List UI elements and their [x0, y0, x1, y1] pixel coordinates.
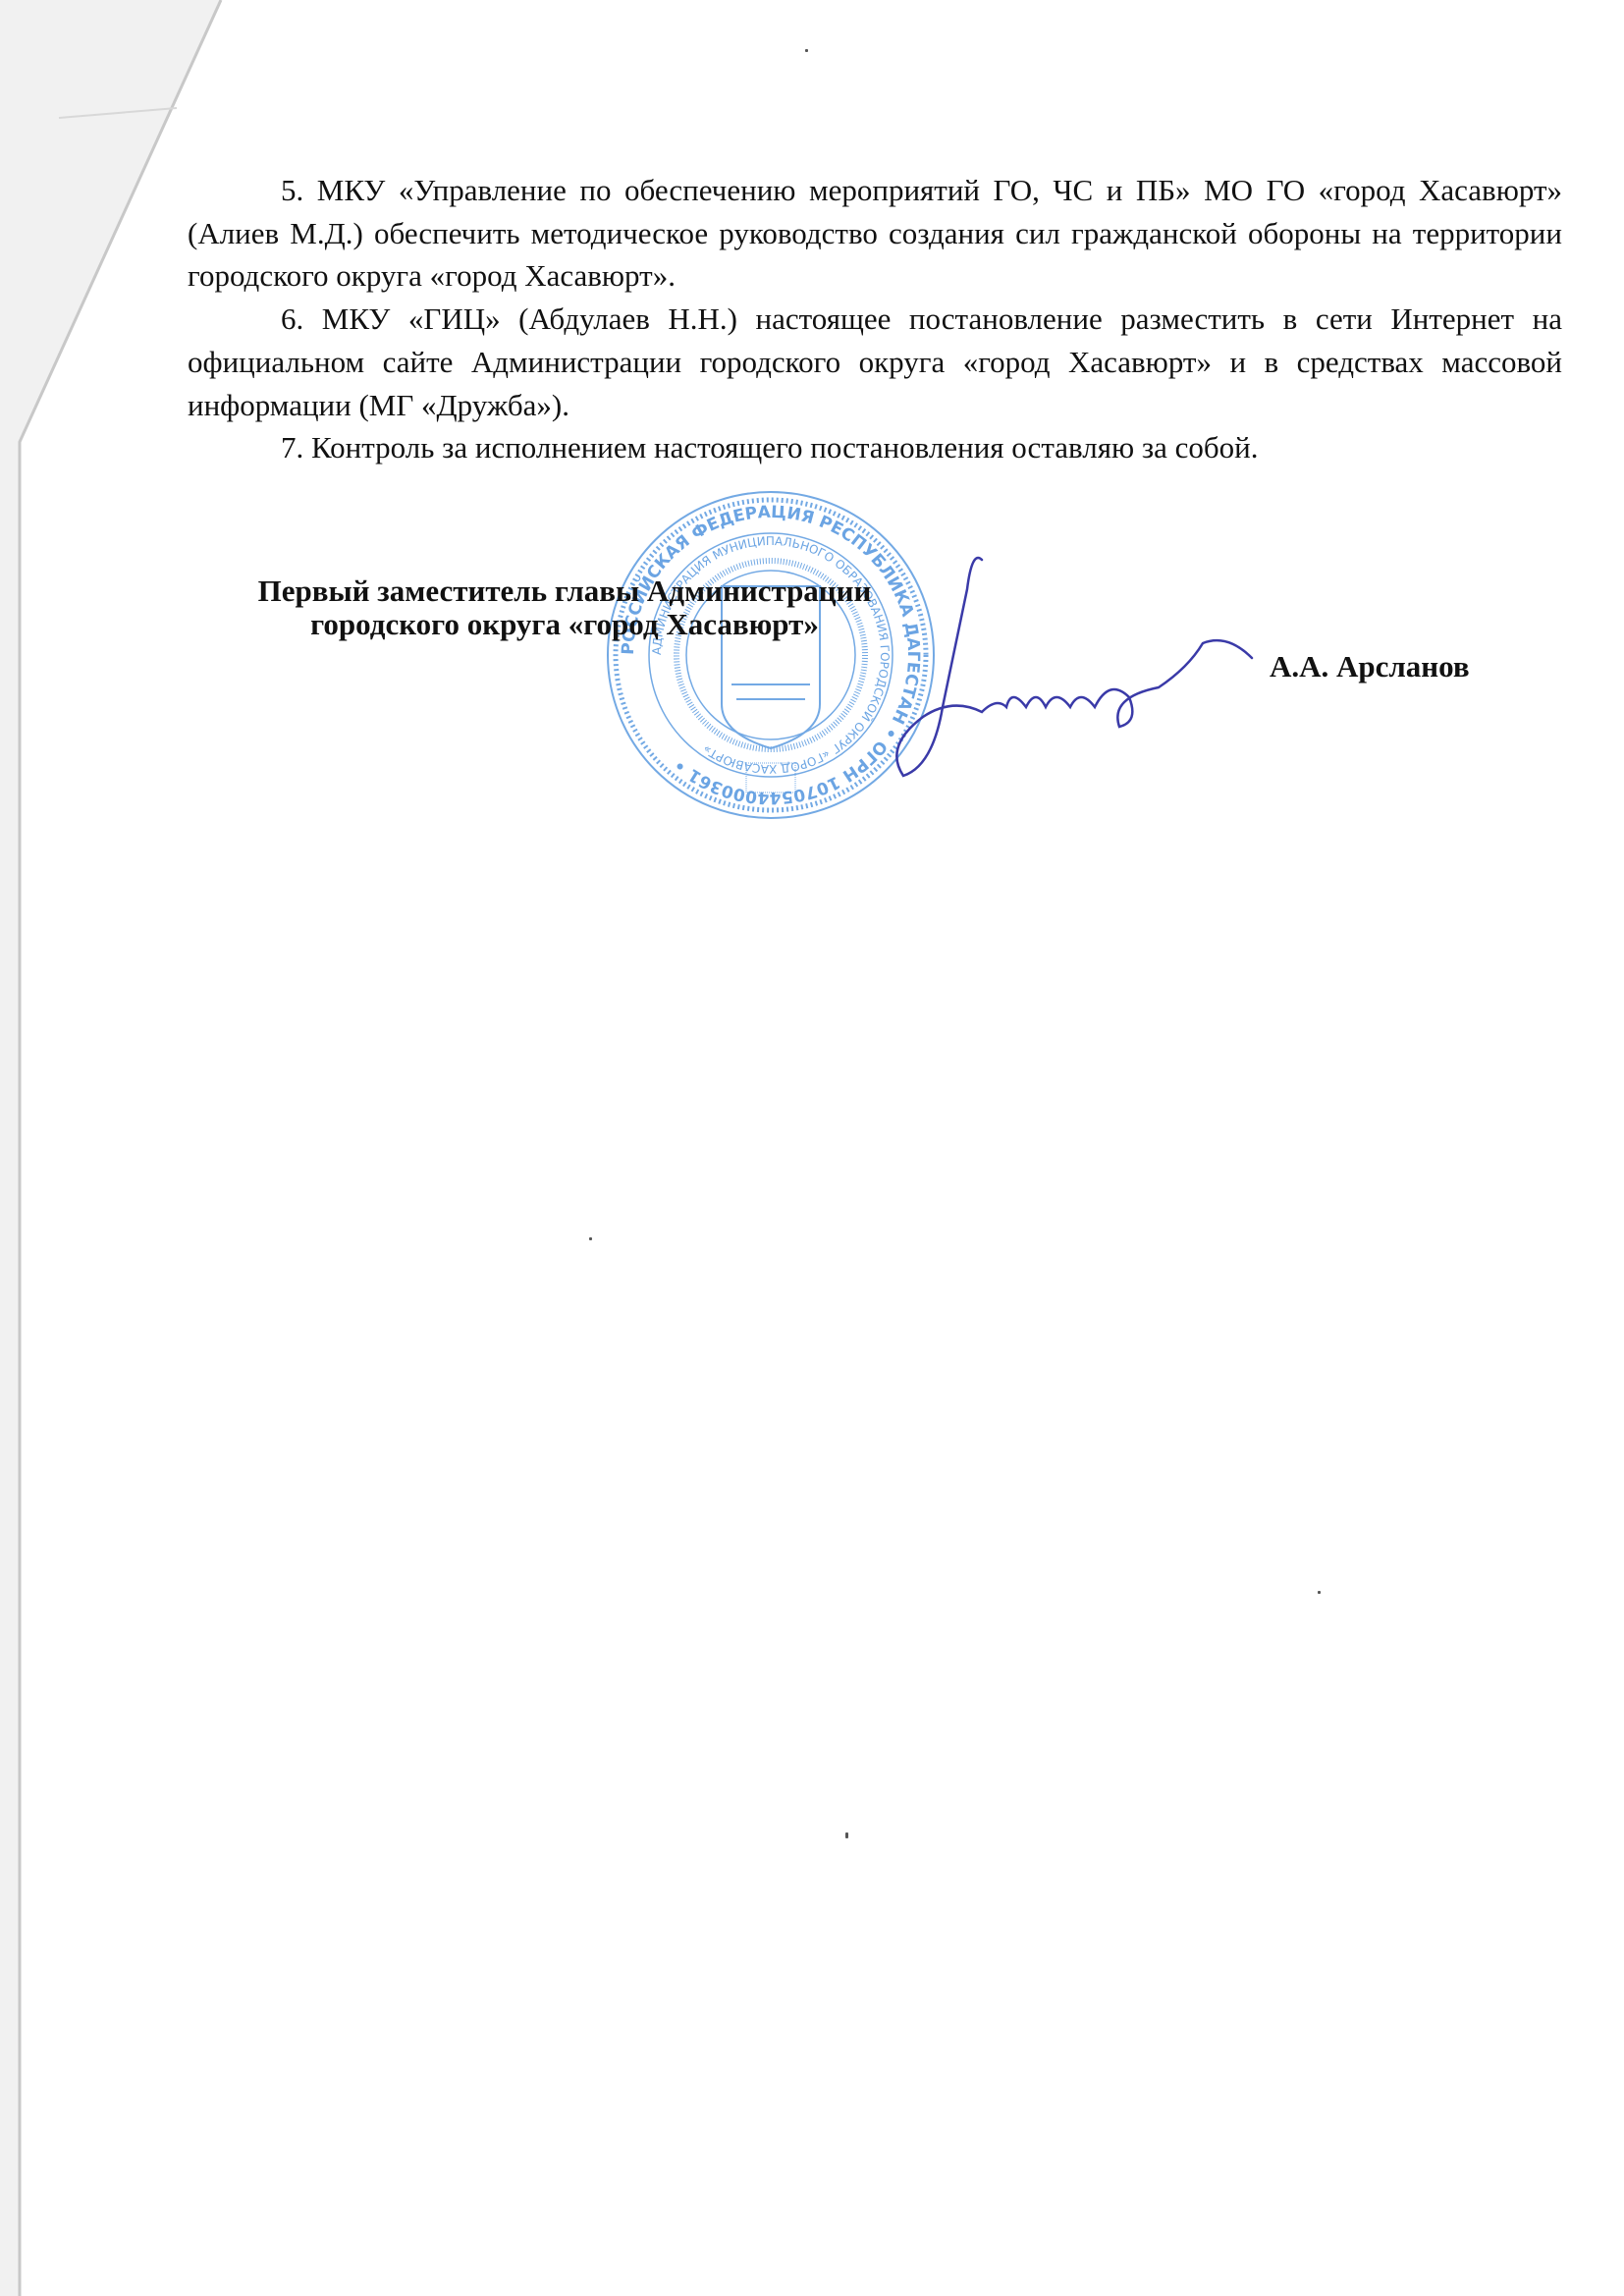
- handwritten-signature: [864, 550, 1276, 786]
- paragraph-7: 7. Контроль за исполнением настоящего по…: [188, 426, 1562, 469]
- signatory-title-line2: городского округа «город Хасавюрт»: [177, 608, 952, 641]
- signatory-name: А.А. Арсланов: [1270, 649, 1470, 684]
- scan-speck: [845, 1832, 848, 1838]
- paragraph-6: 6. МКУ «ГИЦ» (Абдулаев Н.Н.) настоящее п…: [188, 298, 1562, 426]
- document-body: 5. МКУ «Управление по обеспечению меропр…: [188, 169, 1562, 469]
- scan-speck: [805, 49, 808, 52]
- signatory-title-line1: Первый заместитель главы Администрации: [177, 574, 952, 608]
- signatory-title: Первый заместитель главы Администрации г…: [177, 574, 952, 641]
- paragraph-5: 5. МКУ «Управление по обеспечению меропр…: [188, 169, 1562, 298]
- scan-speck: [589, 1237, 592, 1240]
- scan-speck: [1318, 1591, 1321, 1594]
